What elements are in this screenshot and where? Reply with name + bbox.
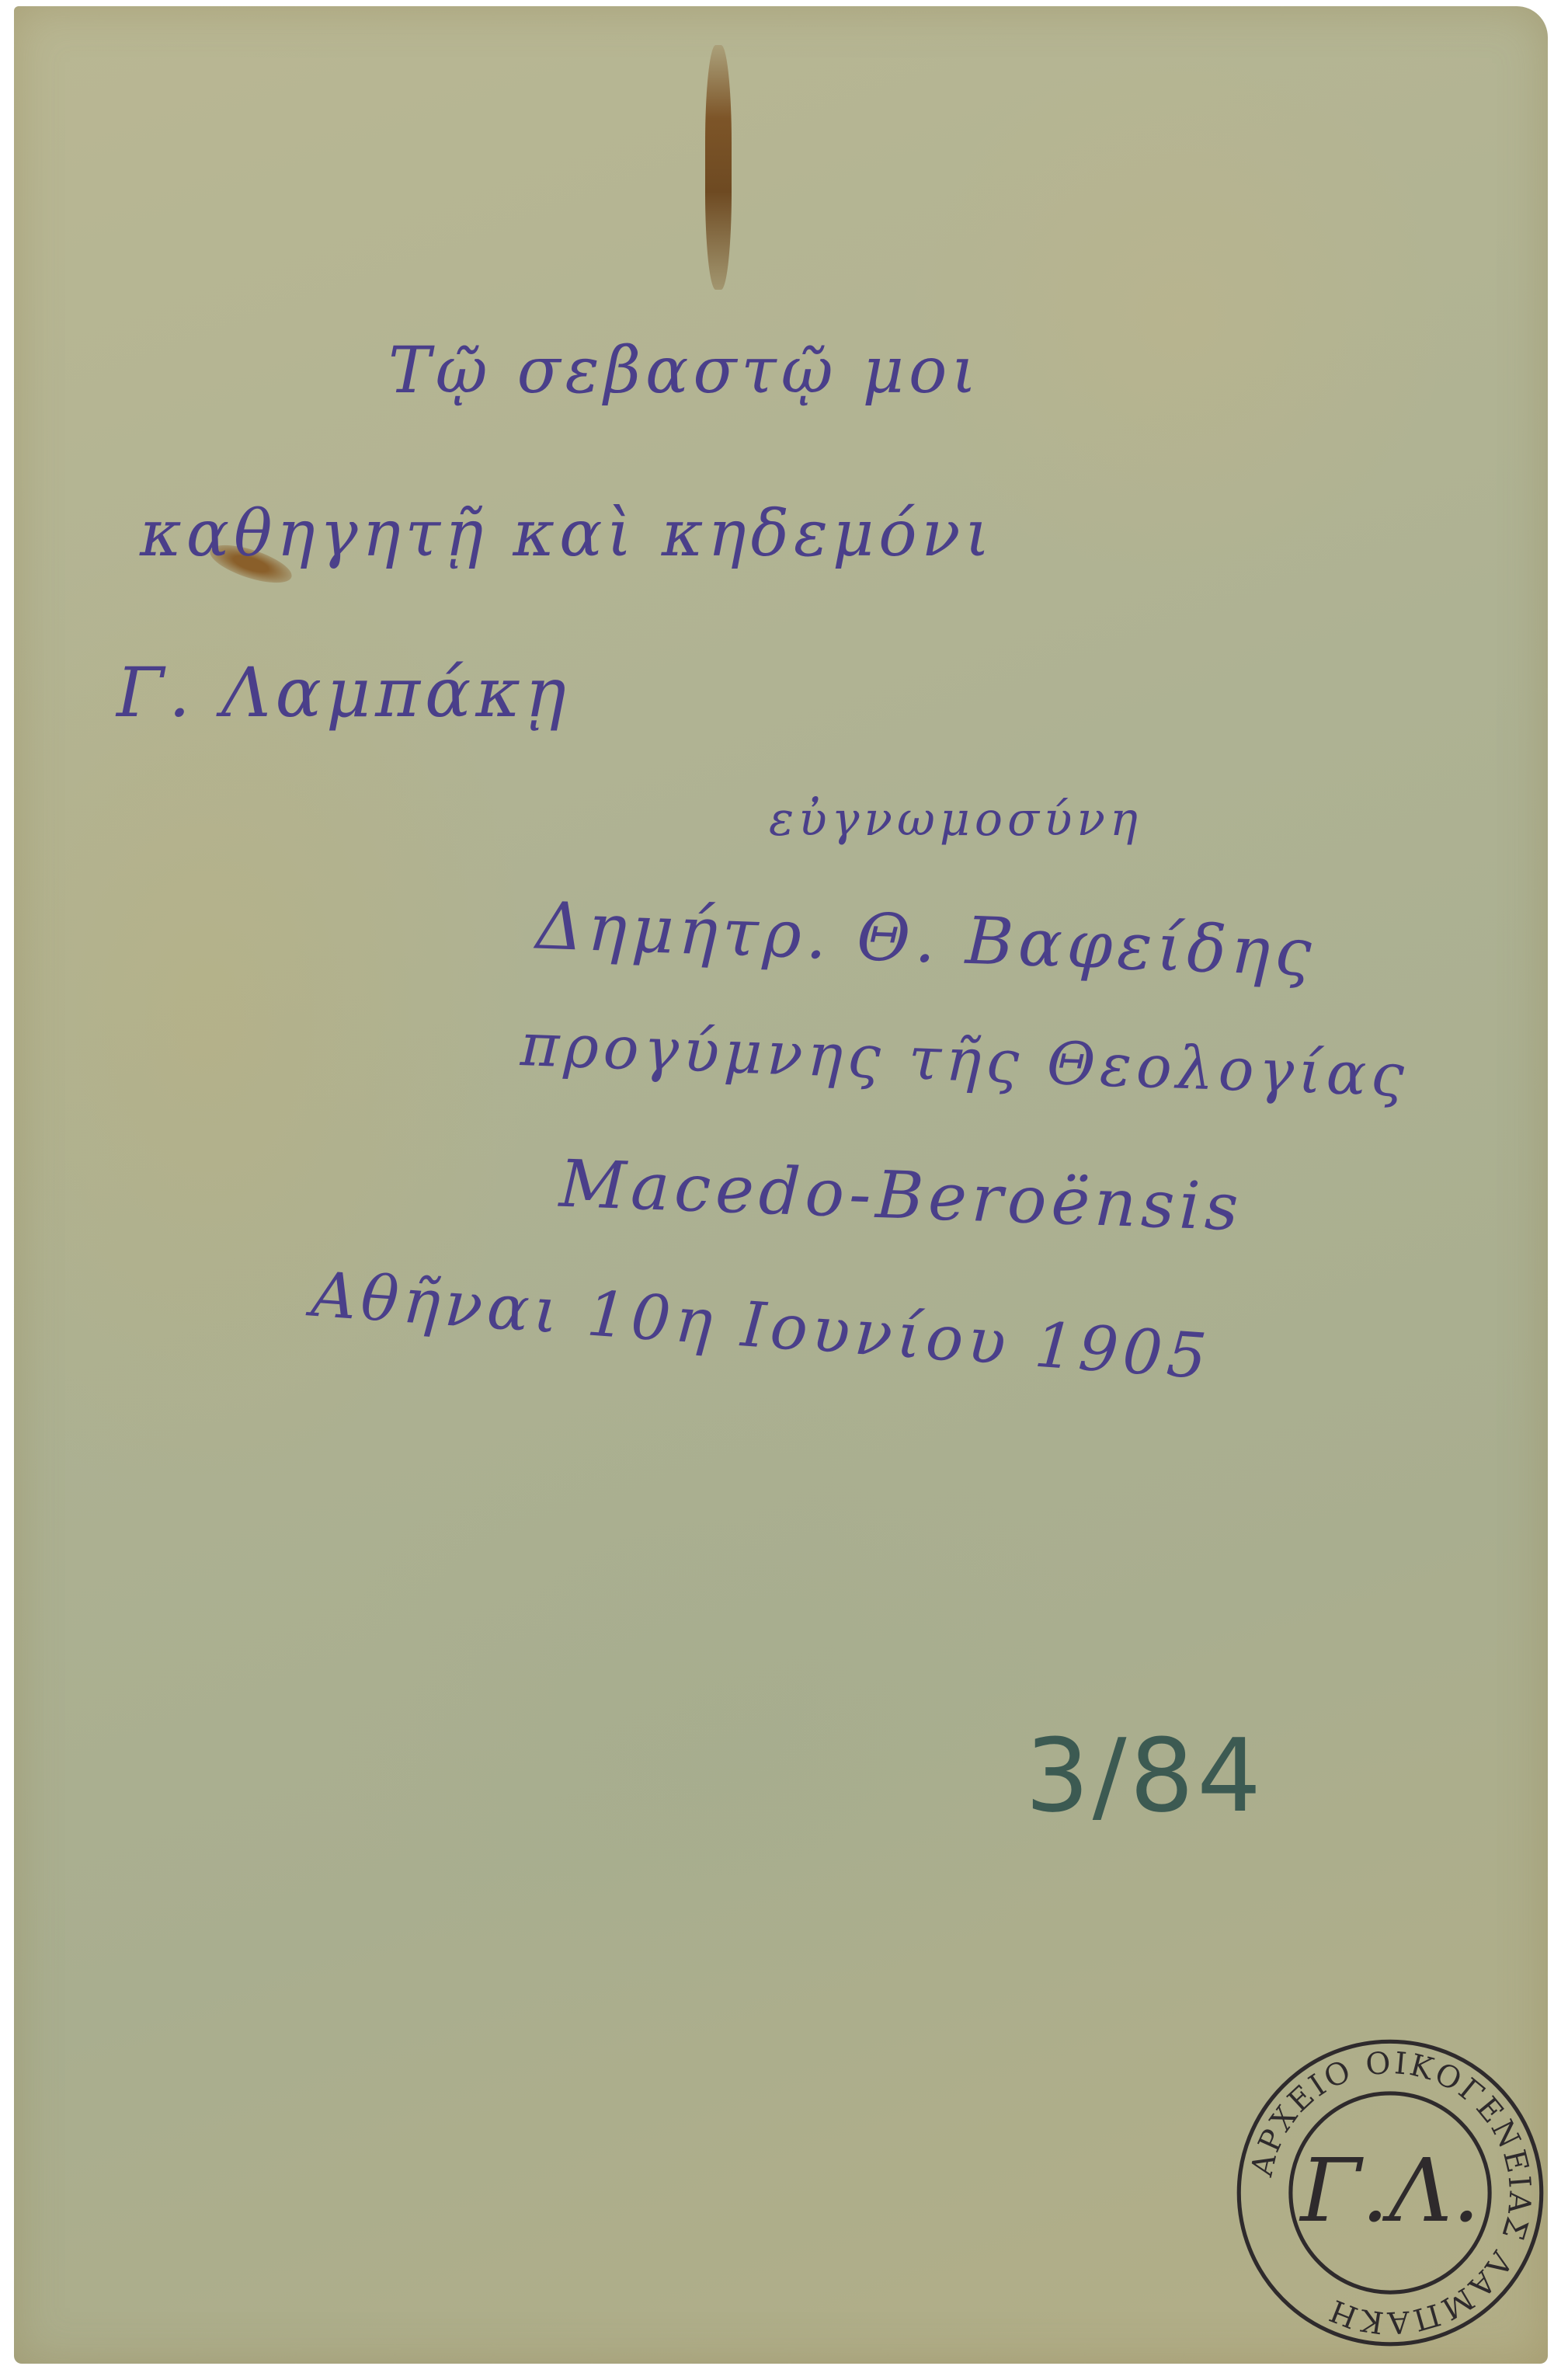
closing-word: εὐγνωμοσύνη [769,792,1142,847]
dedication-line-2: καθηγητῇ καὶ κηδεμόνι [140,497,995,571]
archive-reference-number: 3/84 [1025,1717,1264,1835]
stain-mark [705,45,732,290]
stamp-monogram: Γ.Λ. [1299,2139,1479,2242]
dedication-line-1: Τῷ σεβαστῷ μοι [388,334,981,408]
recipient-name: Γ. Λαμπάκῃ [116,652,571,732]
archive-stamp: ΑΡΧΕΙΟ ΟΙΚΟΓΕΝΕΙΑΣ ΛΑΜΠΑΚΗ Γ.Λ. [1231,2034,1549,2352]
stamp-seal-icon: ΑΡΧΕΙΟ ΟΙΚΟΓΕΝΕΙΑΣ ΛΑΜΠΑΚΗ Γ.Λ. [1231,2034,1549,2352]
